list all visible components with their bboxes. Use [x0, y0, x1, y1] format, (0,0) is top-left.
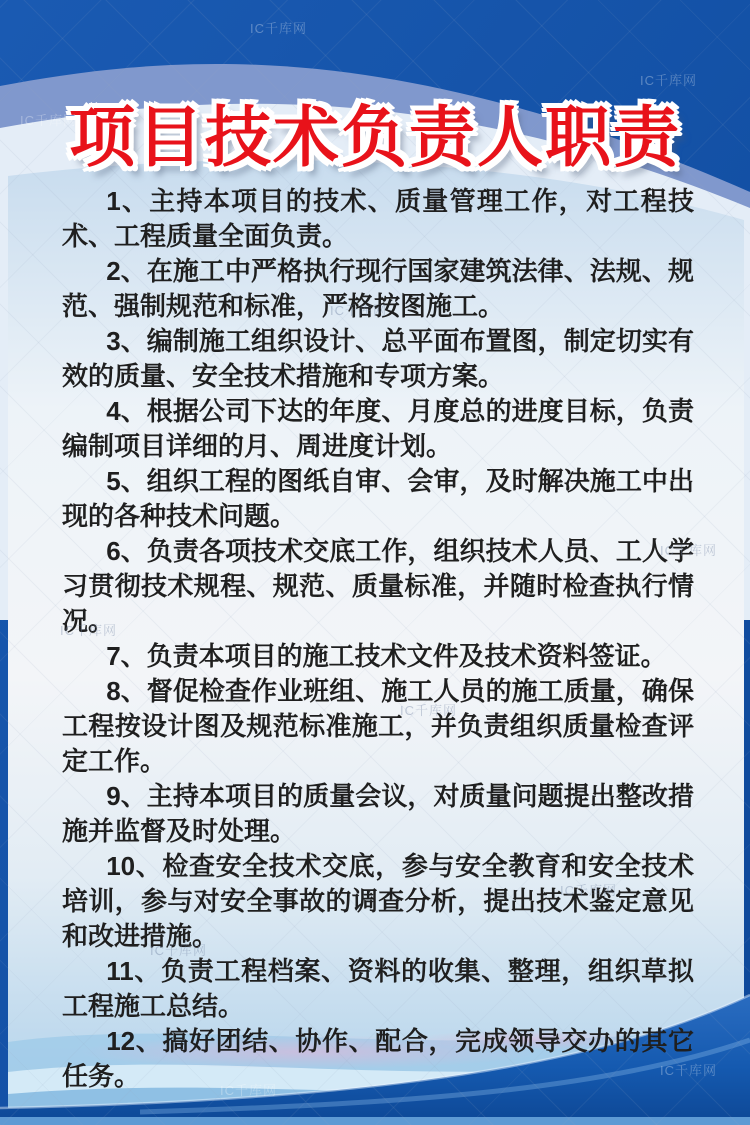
responsibility-item-2: 2、在施工中严格执行现行国家建筑法律、法规、规范、强制规范和标准，严格按图施工。 — [62, 254, 694, 324]
bottom-strip — [0, 1117, 750, 1125]
responsibility-item-10: 10、检查安全技术交底，参与安全教育和安全技术培训，参与对安全事故的调查分析，提… — [62, 849, 694, 954]
responsibility-item-12: 12、搞好团结、协作、配合，完成领导交办的其它任务。 — [62, 1024, 694, 1094]
responsibility-item-5: 5、组织工程的图纸自审、会审，及时解决施工中出现的各种技术问题。 — [62, 464, 694, 534]
responsibility-item-7: 7、负责本项目的施工技术文件及技术资料签证。 — [62, 639, 694, 674]
responsibility-item-6: 6、负责各项技术交底工作，组织技术人员、工人学习贯彻技术规程、规范、质量标准，并… — [62, 534, 694, 639]
responsibility-item-9: 9、主持本项目的质量会议，对质量问题提出整改措施并监督及时处理。 — [62, 779, 694, 849]
poster: 项目技术负责人职责 1、主持本项目的技术、质量管理工作，对工程技术、工程质量全面… — [0, 0, 750, 1125]
responsibility-item-1: 1、主持本项目的技术、质量管理工作，对工程技术、工程质量全面负责。 — [62, 184, 694, 254]
responsibility-item-11: 11、负责工程档案、资料的收集、整理，组织草拟工程施工总结。 — [62, 954, 694, 1024]
poster-title: 项目技术负责人职责 — [0, 84, 750, 179]
responsibility-item-8: 8、督促检查作业班组、施工人员的施工质量，确保工程按设计图及规范标准施工，并负责… — [62, 674, 694, 779]
responsibility-item-3: 3、编制施工组织设计、总平面布置图，制定切实有效的质量、安全技术措施和专项方案。 — [62, 324, 694, 394]
responsibility-item-4: 4、根据公司下达的年度、月度总的进度目标，负责编制项目详细的月、周进度计划。 — [62, 394, 694, 464]
responsibility-list: 1、主持本项目的技术、质量管理工作，对工程技术、工程质量全面负责。 2、在施工中… — [62, 184, 694, 1094]
